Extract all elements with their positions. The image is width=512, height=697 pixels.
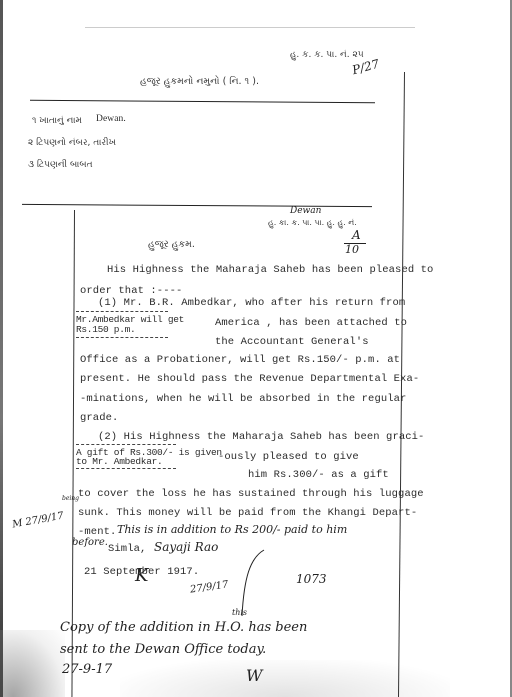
item-text-line: the Accountant General's [215,336,369,348]
item-text-line: -ously pleased to give [218,451,359,463]
footer-date: 27-9-17 [62,662,112,677]
footer-insert: this [232,608,247,617]
item-text-line: (2) His Highness the Maharaja Saheb has … [98,431,424,443]
item-text-line: to cover the loss he has sustained throu… [78,488,424,500]
form-field-note-subject-label: ૩ ટિપણની બાબત [28,160,93,170]
item-text-line: grade. [80,412,118,424]
margin-note-border-top [76,311,168,312]
handwritten-addition: This is in addition to Rs 200/- paid to … [117,523,347,536]
item-text-line: him Rs.300/- as a gift [248,469,389,481]
order-intro-line: order that :---- [80,285,182,297]
footer-initials: W [246,666,262,685]
order-reference-denominator: 10 [345,243,359,256]
initials-mark: K [135,565,148,586]
margin-note-border-top [76,444,176,445]
scan-shadow [120,660,450,697]
form-field-department-value: Dewan. [96,114,126,124]
scan-edge-left [0,0,3,697]
order-heading: હુજૂર હુકમ. [148,239,195,250]
handwritten-addition: before. [72,537,108,548]
margin-note-border-bottom [76,337,168,338]
margin-note-line: to Mr. Ambedkar. [76,456,162,467]
order-signature: Sayaji Rao [154,540,218,554]
form-reference-number: હુ. ક. ક. પા. નં. ૨૫ [290,50,364,60]
order-intro-line: His Highness the Maharaja Saheb has been… [107,264,433,276]
top-faint-rule [85,27,415,28]
order-place: Simla, [108,543,146,555]
item-text-line: sunk. This money will be paid from the K… [78,507,417,519]
footer-note-line: Copy of the addition in H.O. has been [60,620,307,635]
item-text-line: -minations, when he will be absorbed in … [80,393,406,405]
margin-note-border-bottom [76,468,176,469]
form-field-note-number-label: ૨ ટિપણનો નંબર, તારીખ [28,138,116,148]
margin-note-line: Rs.150 p.m. [76,324,135,335]
form-header-rule [30,100,375,103]
item-text-line: America , has been attached to [215,317,407,329]
footer-note-line: sent to the Dewan Office today. [60,642,266,657]
received-stamp-handwritten: 27/9/17 [189,579,229,595]
form-title: હજૂર હુકમનો નમુનો ( નિ. ૧ ). [140,76,259,87]
order-reference-number: હુ. કા. ક. પા. પા. હુ. હુ. નં. [268,218,357,228]
handwritten-insert: being [62,495,79,502]
order-department-handwritten: Dewan [290,206,321,216]
item-text-line: (1) Mr. B.R. Ambedkar, who after his ret… [98,297,405,309]
document-number: 1073 [296,572,327,586]
scan-shadow [0,630,65,697]
item-text-line: Office as a Probationer, will get Rs.150… [80,354,400,366]
form-field-department-label: ૧ ખાતાનું નામ [32,116,82,126]
order-reference-numerator: A [352,228,361,242]
item-text-line: present. He should pass the Revenue Depa… [80,373,419,385]
left-margin-note: M 27/9/17 [11,511,64,531]
